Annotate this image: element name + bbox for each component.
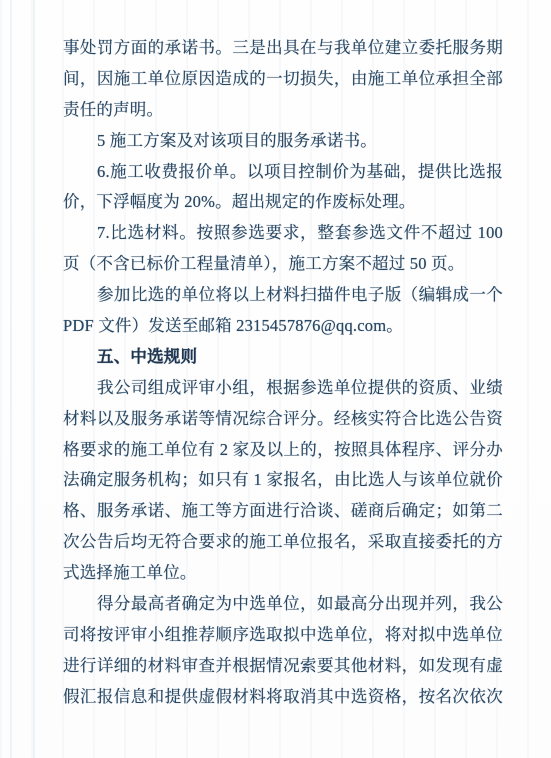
text-line: 材料以及服务承诺等情况综合评分。经核实符合比选公告资 (63, 404, 503, 435)
text-line: 页（不含已标价工程量清单），施工方案不超过 50 页。 (63, 249, 503, 280)
text-line: 格要求的施工单位有 2 家及以上的，按照具体程序、评分办 (63, 435, 503, 466)
text-line: 格、服务承诺、施工等方面进行洽谈、磋商后确定；如第二 (63, 496, 503, 527)
scanned-document-page: { "page": { "background_color": "#ffffff… (0, 0, 551, 758)
text-line: 参加比选的单位将以上材料扫描件电子版（编辑成一个 (63, 280, 503, 311)
text-line: PDF 文件）发送至邮箱 2315457876@qq.com。 (63, 311, 503, 342)
text-line: 价，下浮幅度为 20%。超出规定的作废标处理。 (63, 187, 503, 218)
text-line: 事处罚方面的承诺书。三是出具在与我单位建立委托服务期 (63, 33, 503, 64)
text-line: 间，因施工单位原因造成的一切损失，由施工单位承担全部 (63, 64, 503, 95)
text-line: 得分最高者确定为中选单位，如最高分出现并列，我公 (63, 589, 503, 620)
scan-streak (10, 0, 12, 758)
text-line: 法确定服务机构；如只有 1 家报名，由比选人与该单位就价 (63, 465, 503, 496)
text-line: 进行详细的材料审查并根据情况索要其他材料，如发现有虚 (63, 651, 503, 682)
text-line: 式选择施工单位。 (63, 558, 503, 589)
text-line: 6.施工收费报价单。以项目控制价为基础，提供比选报 (63, 157, 503, 188)
scan-streak (33, 0, 35, 758)
text-line: 7.比选材料。按照参选要求，整套参选文件不超过 100 (63, 218, 503, 249)
text-line: 5 施工方案及对该项目的服务承诺书。 (63, 126, 503, 157)
text-line: 责任的声明。 (63, 95, 503, 126)
text-line: 次公告后均无符合要求的施工单位报名，采取直接委托的方 (63, 527, 503, 558)
text-line: 假汇报信息和提供虚假材料将取消其中选资格，按名次依次 (63, 682, 503, 713)
section-heading: 五、中选规则 (63, 342, 503, 373)
text-line: 我公司组成评审小组，根据参选单位提供的资质、业绩 (63, 373, 503, 404)
text-line: 司将按评审小组推荐顺序选取拟中选单位，将对拟中选单位 (63, 620, 503, 651)
document-body: 事处罚方面的承诺书。三是出具在与我单位建立委托服务期间，因施工单位原因造成的一切… (63, 33, 503, 713)
